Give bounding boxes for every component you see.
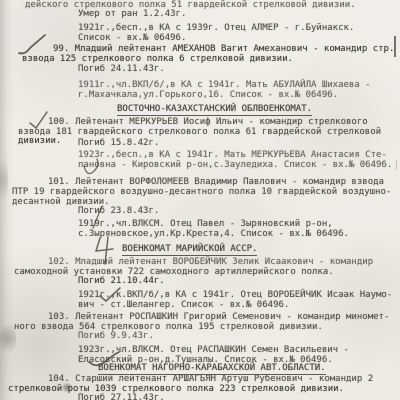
text-line: Погиб 9.9.43г. bbox=[78, 331, 154, 341]
scan-shadow-blot bbox=[0, 318, 16, 358]
text-line: вич - ст.Шелангер. Список - вх.№ 06496. bbox=[78, 300, 289, 310]
scan-edge-artifact bbox=[396, 160, 397, 170]
text-line: Погиб 24.11.43г. bbox=[78, 64, 165, 74]
text-line: 1923г.,чл.ВЛКСМ. Отец РАСПАШКИН Семен Ва… bbox=[78, 345, 349, 355]
entry-104-title-line: 104. Старший лейтенант АРШАГЬЯН Артуш Ру… bbox=[48, 374, 373, 384]
scanned-document-page: дейского стрелкового полка 51 гвардейско… bbox=[0, 0, 400, 400]
text-line: 1911г.,чл.ВКП/б/,в КА с 1941г. Мать АБУЛ… bbox=[78, 80, 371, 90]
text-line: дейского стрелкового полка 51 гвардейско… bbox=[25, 0, 356, 10]
section-heading-east-kazakhstan: ВОСТОЧНО-КАЗАХСТАНСКИЙ ОБЛВОЕНКОМАТ. bbox=[117, 104, 312, 116]
text-line: 1921г.,к.ВКП/б/,в КА с 1941г. Отец ВОРОБ… bbox=[78, 290, 392, 300]
text-line: самоходной установки 722 самоходного арт… bbox=[14, 267, 334, 277]
text-line: стрелковой роты 1039 стрелкового полка 2… bbox=[8, 384, 344, 394]
text-line: г.Махачкала,ул.Горького,16. Список - вх.… bbox=[78, 90, 338, 100]
entry-99-title-line: 99. Младший лейтенант АМЕХАНОВ Вагит Аме… bbox=[53, 44, 394, 54]
checkmark-icon bbox=[19, 35, 45, 53]
text-line: взвода 125 стрелкового полка 6 стрелково… bbox=[22, 54, 293, 64]
entry-102-title-line: 102. Младший лейтенант ВОРОБЕЙЧИК Зелик … bbox=[48, 257, 373, 267]
section-heading-nagorno-karabakh: ВОЕНКОМАТ НАГОРНО-КАРАБАХСКОЙ АВТ.ОБЛАСТ… bbox=[98, 363, 326, 375]
text-line: Погиб 27.11.43г. bbox=[78, 393, 165, 400]
text-line: 1919г.,чл.ВЛКСМ. Отец Павел - Зыряновски… bbox=[78, 219, 333, 229]
scan-shadow-blot bbox=[0, 150, 8, 210]
text-line: Погиб 23.8.43г. bbox=[78, 206, 159, 216]
entry-103-title-line: 103. Лейтенант РОСПАШКИН Григорий Семено… bbox=[48, 312, 389, 322]
text-line: Умер от ран 1.2.43г. bbox=[78, 9, 186, 19]
text-line: дивизии. bbox=[18, 136, 61, 146]
checkmark-icon bbox=[30, 112, 47, 128]
text-line: Погиб 21.10.44г. bbox=[78, 276, 165, 286]
text-line: пановна - Кировский р-он,с.Зауледиха. Сп… bbox=[78, 160, 392, 170]
section-heading-mari-assr: ВОЕНКОМАТ МАРИЙСКОЙ АССР. bbox=[122, 244, 257, 256]
text-line: взвода 181 гвардейского стрелкового полк… bbox=[18, 127, 381, 137]
entry-100-title-line: 100. Лейтенант МЕРКУРЬЕВ Иосиф Ильич - к… bbox=[48, 117, 368, 127]
text-line: с.Зыряновское,ул.Кр.Креста,4. Список - в… bbox=[78, 229, 349, 239]
text-line: Погиб 15.8.42г. bbox=[78, 138, 159, 148]
text-line: ПТР 19 гвардейского воздушно-десантного … bbox=[12, 187, 391, 197]
text-line: 1921г.,бесп.,в КА с 1939г. Отец АЛМЕР - … bbox=[78, 23, 354, 33]
ink-blot bbox=[60, 383, 74, 392]
entry-101-title-line: 101. Лейтенант ВОРФОЛОМЕЕВ Владимир Павл… bbox=[48, 177, 384, 187]
text-line: 1923г.,бесп.,в КА с 1941г. Мать МЕРКУРЬЕ… bbox=[78, 150, 387, 160]
text-line: Список - вх.№ 06496. bbox=[78, 33, 186, 43]
scan-edge-artifact bbox=[394, 36, 396, 57]
text-line: ного взвода 564 стрелкового полка 195 ст… bbox=[14, 322, 323, 332]
